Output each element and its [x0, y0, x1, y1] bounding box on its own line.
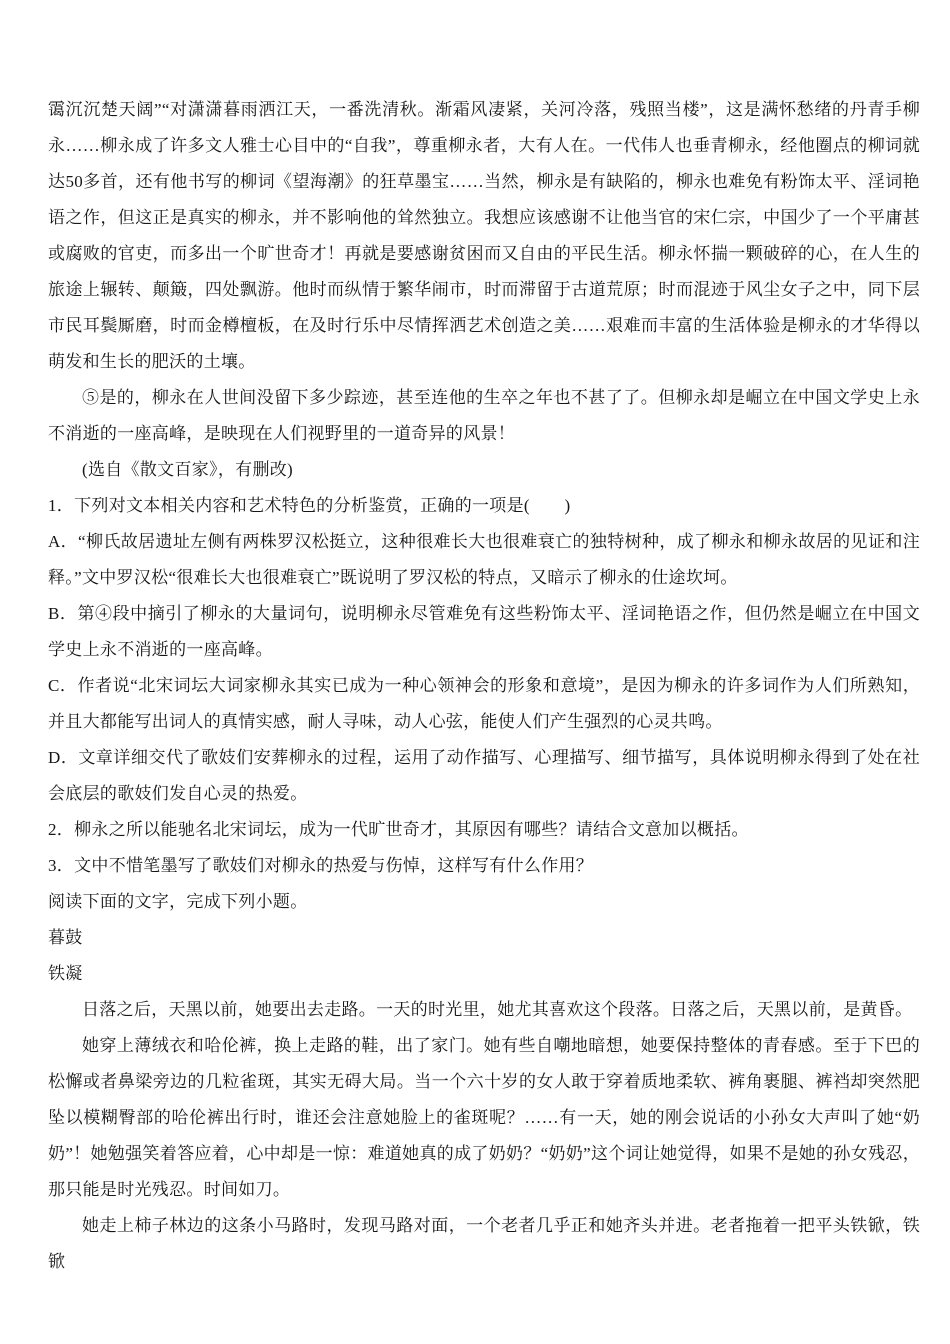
- story-title: 暮鼓: [48, 920, 920, 956]
- question-1-option-a: A．“柳氏故居遗址左侧有两株罗汉松挺立，这种很难长大也很难衰亡的独特树种，成了柳…: [48, 524, 920, 596]
- essay-paragraph-4-continuation: 霭沉沉楚天阔”“对潇潇暮雨洒江天，一番洗清秋。渐霜风凄紧，关河冷落，残照当楼”，…: [48, 92, 920, 380]
- question-1-option-d: D．文章详细交代了歌妓们安葬柳永的过程，运用了动作描写、心理描写、细节描写，具体…: [48, 740, 920, 812]
- story-paragraph-1: 日落之后，天黑以前，她要出去走路。一天的时光里，她尤其喜欢这个段落。日落之后，天…: [48, 992, 920, 1028]
- question-1-option-b: B．第④段中摘引了柳永的大量词句，说明柳永尽管难免有这些粉饰太平、淫词艳语之作，…: [48, 596, 920, 668]
- source-attribution: (选自《散文百家》，有删改): [48, 452, 920, 488]
- question-2: 2．柳永之所以能驰名北宋词坛，成为一代旷世奇才，其原因有哪些？请结合文意加以概括…: [48, 812, 920, 848]
- question-1-option-c: C．作者说“北宋词坛大词家柳永其实已成为一种心领神会的形象和意境”，是因为柳永的…: [48, 668, 920, 740]
- question-3: 3．文中不惜笔墨写了歌妓们对柳永的热爱与伤悼，这样写有什么作用？: [48, 848, 920, 884]
- story-paragraph-3: 她走上柿子林边的这条小马路时，发现马路对面，一个老者几乎正和她齐头并进。老者拖着…: [48, 1208, 920, 1280]
- reading-instruction: 阅读下面的文字，完成下列小题。: [48, 884, 920, 920]
- story-paragraph-2: 她穿上薄绒衣和哈伦裤，换上走路的鞋，出了家门。她有些自嘲地暗想，她要保持整体的青…: [48, 1028, 920, 1208]
- story-author: 铁凝: [48, 956, 920, 992]
- exam-document-page: 霭沉沉楚天阔”“对潇潇暮雨洒江天，一番洗清秋。渐霜风凄紧，关河冷落，残照当楼”，…: [0, 0, 950, 1344]
- essay-paragraph-5: ⑤是的，柳永在人世间没留下多少踪迹，甚至连他的生卒之年也不甚了了。但柳永却是崛立…: [48, 380, 920, 452]
- question-1: 1．下列对文本相关内容和艺术特色的分析鉴赏，正确的一项是( ): [48, 488, 920, 524]
